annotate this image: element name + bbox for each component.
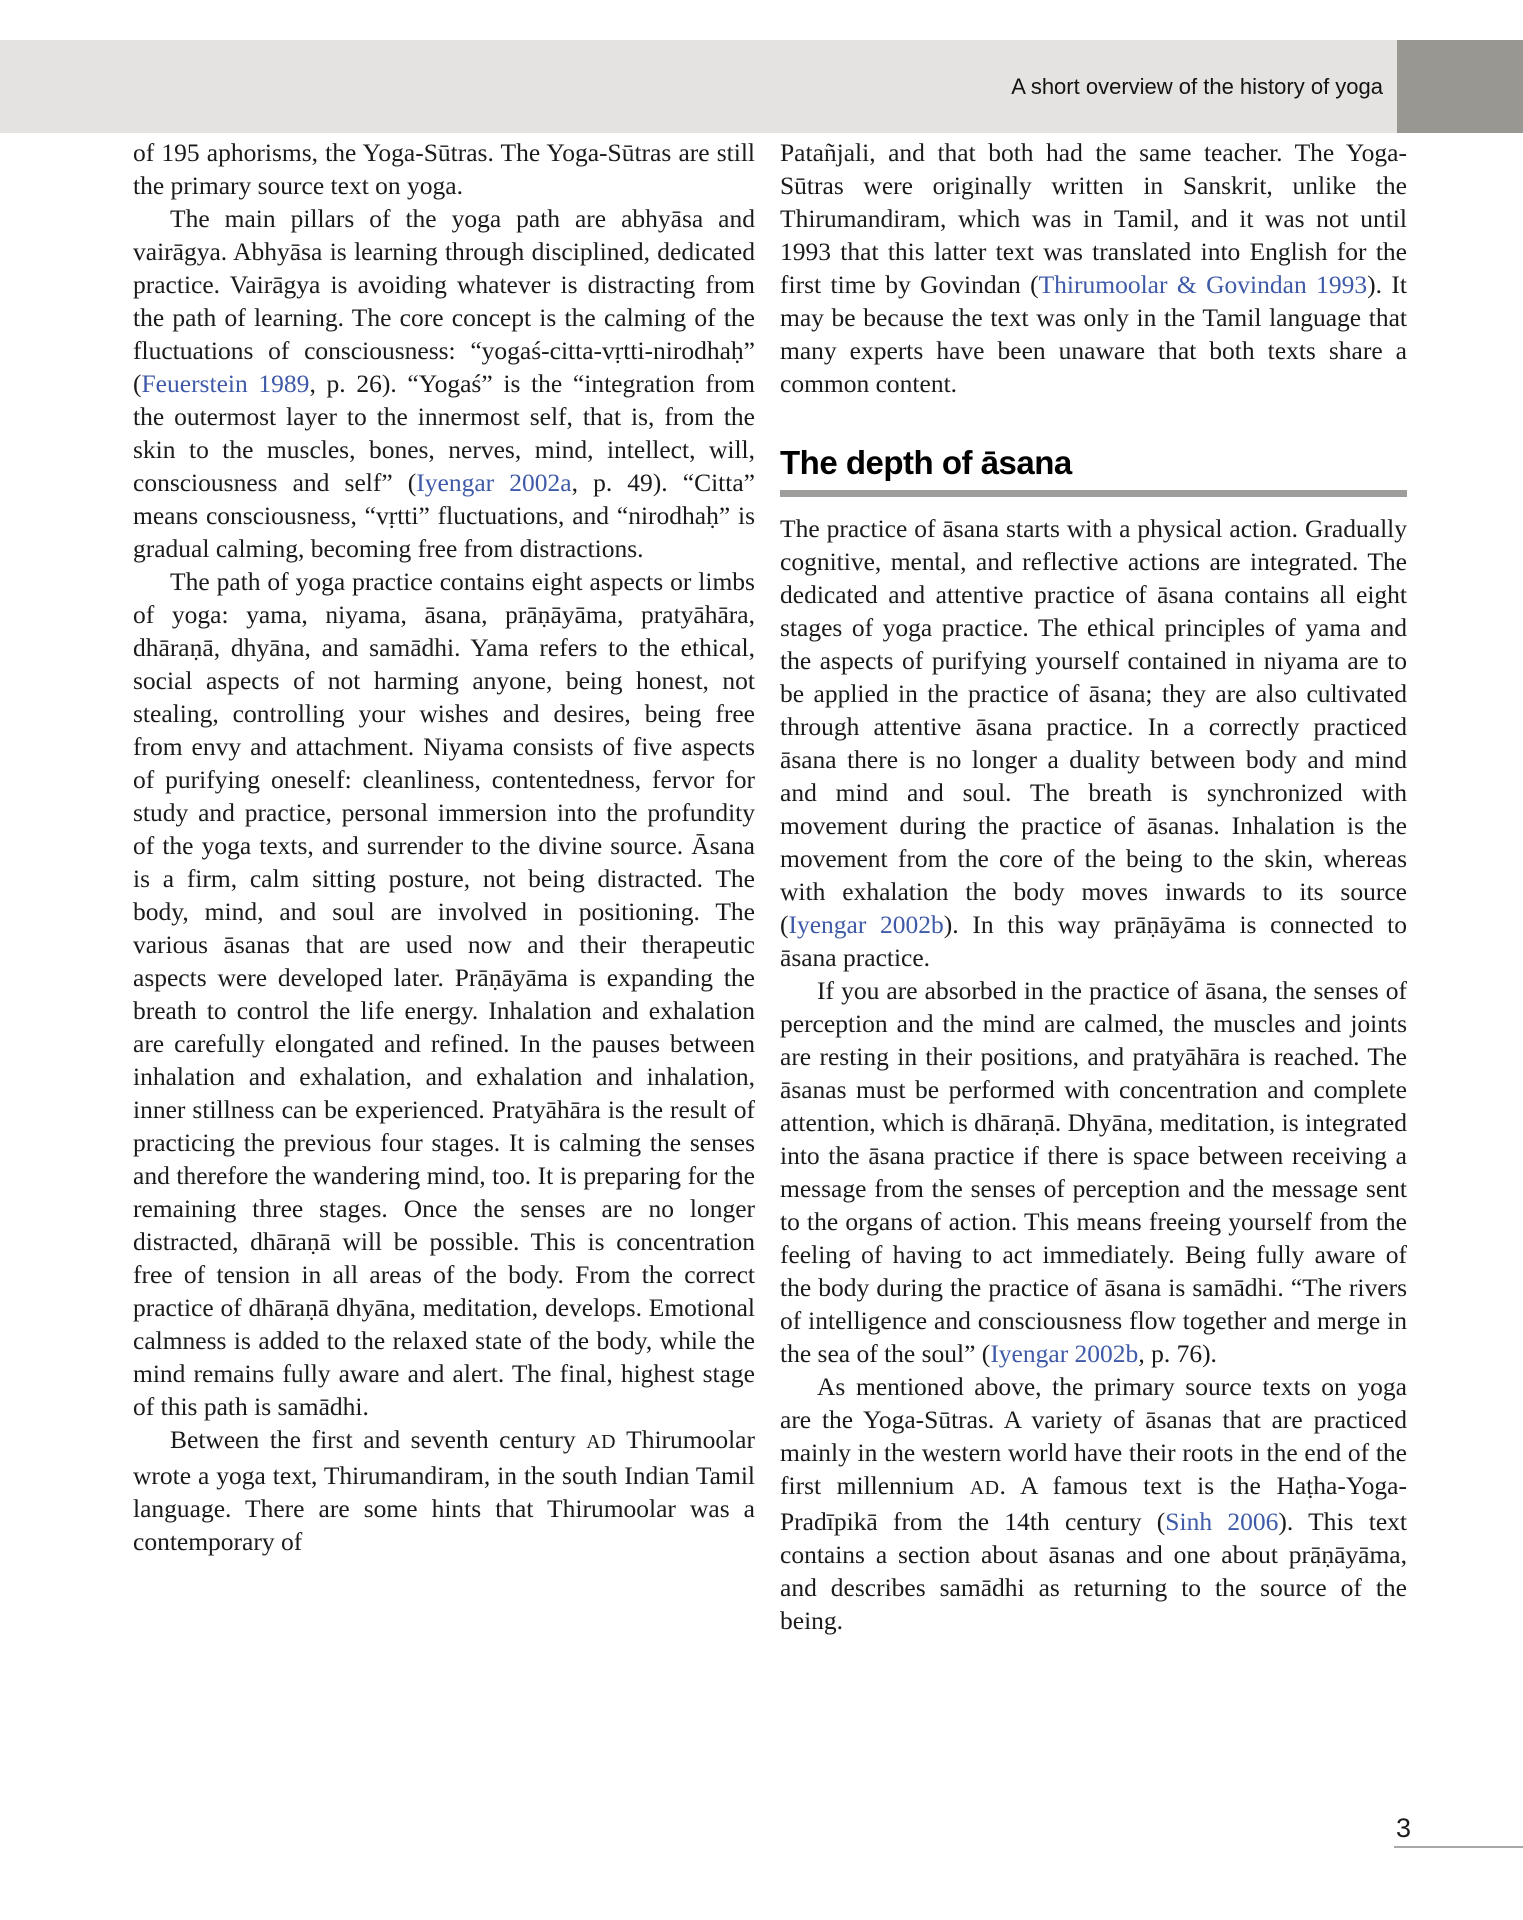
citation-link[interactable]: Feuerstein 1989 [142,369,310,398]
running-header-title: A short overview of the history of yoga [1011,74,1383,100]
citation-link[interactable]: Sinh 2006 [1165,1507,1278,1536]
left-column: of 195 aphorisms, the Yoga-Sūtras. The Y… [133,136,755,1804]
text-run: Between the first and seventh century [170,1425,586,1454]
citation-link[interactable]: Iyengar 2002a [416,468,571,497]
smallcaps-era-label: AD [586,1431,616,1453]
running-header-band: A short overview of the history of yoga [0,40,1397,133]
text-columns: of 195 aphorisms, the Yoga-Sūtras. The Y… [133,136,1407,1804]
citation-link[interactable]: Iyengar 2002b [789,910,944,939]
header-corner-block [1397,40,1523,133]
text-run: The practice of āsana starts with a phys… [780,514,1407,939]
paragraph: of 195 aphorisms, the Yoga-Sūtras. The Y… [133,136,755,202]
page-number: 3 [1396,1813,1411,1844]
paragraph: If you are absorbed in the practice of ā… [780,974,1407,1370]
text-run: If you are absorbed in the practice of ā… [780,976,1407,1368]
paragraph: As mentioned above, the primary source t… [780,1370,1407,1637]
citation-link[interactable]: Thirumoolar & Govindan 1993 [1039,270,1368,299]
text-run: of 195 aphorisms, the Yoga-Sūtras. The Y… [133,138,755,200]
right-column-body: The practice of āsana starts with a phys… [780,512,1407,1637]
paragraph: The practice of āsana starts with a phys… [780,512,1407,974]
right-column: Patañjali, and that both had the same te… [780,136,1407,1804]
right-column-intro: Patañjali, and that both had the same te… [780,136,1407,400]
section-heading: The depth of āsana [780,445,1407,481]
heading-rule [780,490,1407,497]
citation-link[interactable]: Iyengar 2002b [990,1339,1138,1368]
smallcaps-era-label: AD [970,1477,1000,1499]
text-run: , p. 76). [1138,1339,1217,1368]
footer-rule [1394,1846,1523,1848]
paragraph: Patañjali, and that both had the same te… [780,136,1407,400]
paragraph: The main pillars of the yoga path are ab… [133,202,755,565]
book-page: A short overview of the history of yoga … [0,0,1523,1920]
paragraph: Between the first and seventh century AD… [133,1423,755,1558]
paragraph: The path of yoga practice contains eight… [133,565,755,1423]
text-run: The path of yoga practice contains eight… [133,567,755,1421]
